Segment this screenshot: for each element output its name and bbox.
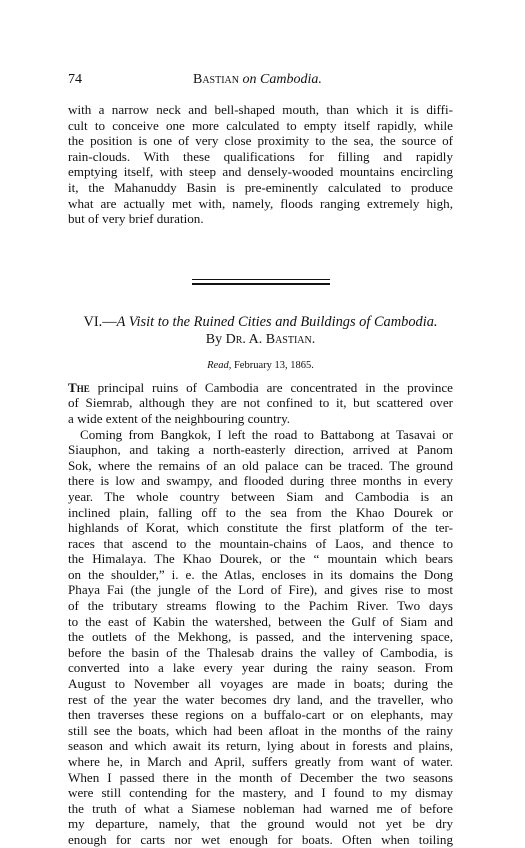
text-line: what are actually met with, namely, floo…	[68, 196, 453, 212]
text-line: cult to conceive one more calculated to …	[68, 118, 453, 134]
byline-prefix: By	[206, 332, 226, 347]
text-line: Coming from Bangkok, I left the road to …	[68, 427, 453, 443]
text-line: my departure, namely, that the ground wo…	[68, 816, 453, 832]
read-label: Read,	[207, 360, 231, 371]
section-separator-rule	[192, 279, 330, 287]
text-line: the Himalaya. The Khao Dourek, or the “ …	[68, 551, 453, 567]
article-body: The principal ruins of Cambodia are conc…	[68, 380, 453, 848]
text-line: season and which await its return, lying…	[68, 738, 453, 754]
running-head: 74 Bastian on Cambodia.	[68, 72, 453, 92]
text-line: enough for carts nor wet enough for boat…	[68, 832, 453, 848]
drop-word: The	[68, 380, 90, 395]
text-line: before the basin of the Thalesab drains …	[68, 645, 453, 661]
previous-article-paragraph: with a narrow neck and bell-shaped mouth…	[68, 102, 453, 227]
text-line: emptying itself, with steep and densely-…	[68, 164, 453, 180]
text-line: converted into a lake every year during …	[68, 660, 453, 676]
text-line: of the tributary streams flowing to the …	[68, 598, 453, 614]
text-line: the position is one of very close proxim…	[68, 133, 453, 149]
running-title-connector: on	[239, 72, 260, 87]
text-line: a wide extent of the neighbouring countr…	[68, 411, 453, 427]
read-date-value: February 13, 1865.	[231, 360, 314, 371]
section-number: VI.—	[83, 314, 116, 330]
text-line: on the shoulder,” i. e. the Atlas, enclo…	[68, 567, 453, 583]
text-line: it, the Mahanuddy Basin is pre-eminently…	[68, 180, 453, 196]
text-line: inclined plain, falling off to the sea f…	[68, 505, 453, 521]
text-line: the outlets of the Mekhong, is passed, a…	[68, 629, 453, 645]
text-line: rest of the year the water becomes dry l…	[68, 692, 453, 708]
text-line: there is low and swampy, and flooded dur…	[68, 473, 453, 489]
text-line: but of very brief duration.	[68, 211, 453, 227]
text-line: to the east of Kabin the watershed, betw…	[68, 614, 453, 630]
document-page: 74 Bastian on Cambodia. with a narrow ne…	[68, 72, 453, 848]
text-line: Sok, where the remains of an old palace …	[68, 458, 453, 474]
text-line: rain-clouds. With these qualifications f…	[68, 149, 453, 165]
text-line: Siauphon, and taking a north-easterly di…	[68, 442, 453, 458]
article-paragraph-1: The principal ruins of Cambodia are conc…	[68, 380, 453, 427]
text-line: the truth of what a Siamese nobleman had…	[68, 801, 453, 817]
text-line: When I passed there in the month of Dece…	[68, 770, 453, 786]
text-line: year. The whole country between Siam and…	[68, 489, 453, 505]
text-line: highlands of Korat, which constitute the…	[68, 520, 453, 536]
text-line: were still contending for the mastery, a…	[68, 785, 453, 801]
running-title: Bastian on Cambodia.	[193, 72, 322, 88]
text-line: then traverses these regions on a buffal…	[68, 707, 453, 723]
section-title-text: A Visit to the Ruined Cities and Buildin…	[117, 314, 438, 330]
text-line: The principal ruins of Cambodia are conc…	[68, 380, 453, 396]
page-number: 74	[68, 72, 82, 88]
text-line: with a narrow neck and bell-shaped mouth…	[68, 102, 453, 118]
text-line: still see the boats, which had been aflo…	[68, 723, 453, 739]
text-line: races that ascend to the mountain-chains…	[68, 536, 453, 552]
read-date: Read, February 13, 1865.	[68, 359, 453, 373]
text-line: Phaya Fai (the jungle of the Lord of Fir…	[68, 582, 453, 598]
separator-thin-line	[192, 279, 330, 280]
text-line: August to November all voyages are made …	[68, 676, 453, 692]
running-title-subject: Cambodia.	[260, 72, 322, 87]
section-title: VI.—A Visit to the Ruined Cities and Bui…	[68, 314, 453, 331]
article-paragraph-2: Coming from Bangkok, I left the road to …	[68, 427, 453, 848]
text-line: where he, in March and April, suffers gr…	[68, 754, 453, 770]
text-line: of Siemrab, although they are not confin…	[68, 395, 453, 411]
separator-thick-line	[192, 283, 330, 285]
byline: By Dr. A. Bastian.	[68, 331, 453, 348]
running-title-author: Bastian	[193, 72, 239, 87]
byline-author: Dr. A. Bastian.	[226, 332, 316, 347]
